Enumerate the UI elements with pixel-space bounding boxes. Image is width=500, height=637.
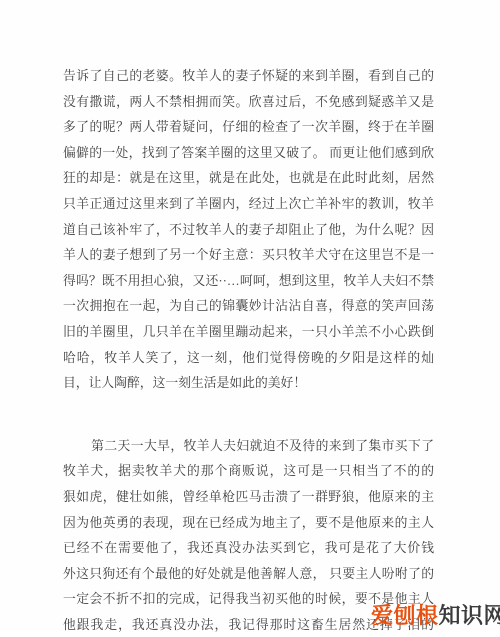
text-line: 旧的羊圈里，几只羊在羊圈里蹦动起来，一只小羊羔不小心跌倒了！ (63, 320, 434, 346)
text-line: 牧羊犬，据卖牧羊犬的那个商贩说，这可是一只相当了不的的狗，凶 (63, 459, 434, 485)
site-watermark: 爱刨根知识网 (371, 603, 500, 629)
document-page: 告诉了自己的老婆。牧羊人的妻子怀疑的来到羊圈，看到自己的夫君 没有撒谎，两人不禁… (0, 0, 500, 637)
text-line: 告诉了自己的老婆。牧羊人的妻子怀疑的来到羊圈，看到自己的夫君 (63, 64, 434, 90)
text-line: 羊人的妻子想到了另一个好主意：买只牧羊犬守在这里岂不是一举两 (63, 243, 434, 269)
paragraph: 告诉了自己的老婆。牧羊人的妻子怀疑的来到羊圈，看到自己的夫君 没有撒谎，两人不禁… (63, 64, 434, 397)
text-line: 只羊正通过这里来到了羊圈内，经过上次亡羊补牢的教训，牧羊人知 (63, 192, 434, 218)
text-line: 目，让人陶醉，这一刻生活是如此的美好！ (63, 371, 434, 397)
text-line: 哈哈，牧羊人笑了，这一刻，他们觉得傍晚的夕阳是这样的灿烂，醒 (63, 346, 434, 372)
watermark-brand-secondary: 知识网 (439, 603, 500, 628)
text-line: 道自己该补牢了，不过牧羊人的妻子却阻止了他，为什么呢？因为牧 (63, 218, 434, 244)
text-line: 狠如虎，健壮如熊，曾经单枪匹马击溃了一群野狼，他原来的主人正 (63, 485, 434, 511)
text-line: 得吗？既不用担心狼，又还··…呵呵，想到这里，牧羊人夫妇不禁再 (63, 269, 434, 295)
text-line: 狂的却是：就是在这里，就是在此处，也就是在此时此刻，居然有几 (63, 166, 434, 192)
watermark-brand-primary: 爱刨根 (371, 603, 439, 628)
story-text-block: 告诉了自己的老婆。牧羊人的妻子怀疑的来到羊圈，看到自己的夫君 没有撒谎，两人不禁… (63, 64, 434, 637)
text-line: 偏僻的一处，找到了答案羊圈的这里又破了。 而更让他们感到欣喜若 (63, 141, 434, 167)
text-line: 多了的呢？两人带着疑问，仔细的检查了一次羊圈，终于在羊圈比较 (63, 115, 434, 141)
text-line: 已经不在需要他了，我还真没办法买到它，我可是花了大价钱的，另 (63, 536, 434, 562)
text-line: 因为他英勇的表现，现在已经成为地主了，要不是他原来的主人现在 (63, 511, 434, 537)
text-line: 外这只狗还有个最他的好处就是他善解人意， 只要主人吩咐了的事它 (63, 562, 434, 588)
text-line: 没有撒谎，两人不禁相拥而笑。欣喜过后，不免感到疑惑羊又是如何 (63, 90, 434, 116)
text-line: 第二天一大早，牧羊人夫妇就迫不及待的来到了集市买下了一只 (63, 434, 434, 460)
text-line: 一次拥抱在一起，为自己的锦囊妙计沾沾自喜，得意的笑声回荡在破 (63, 294, 434, 320)
